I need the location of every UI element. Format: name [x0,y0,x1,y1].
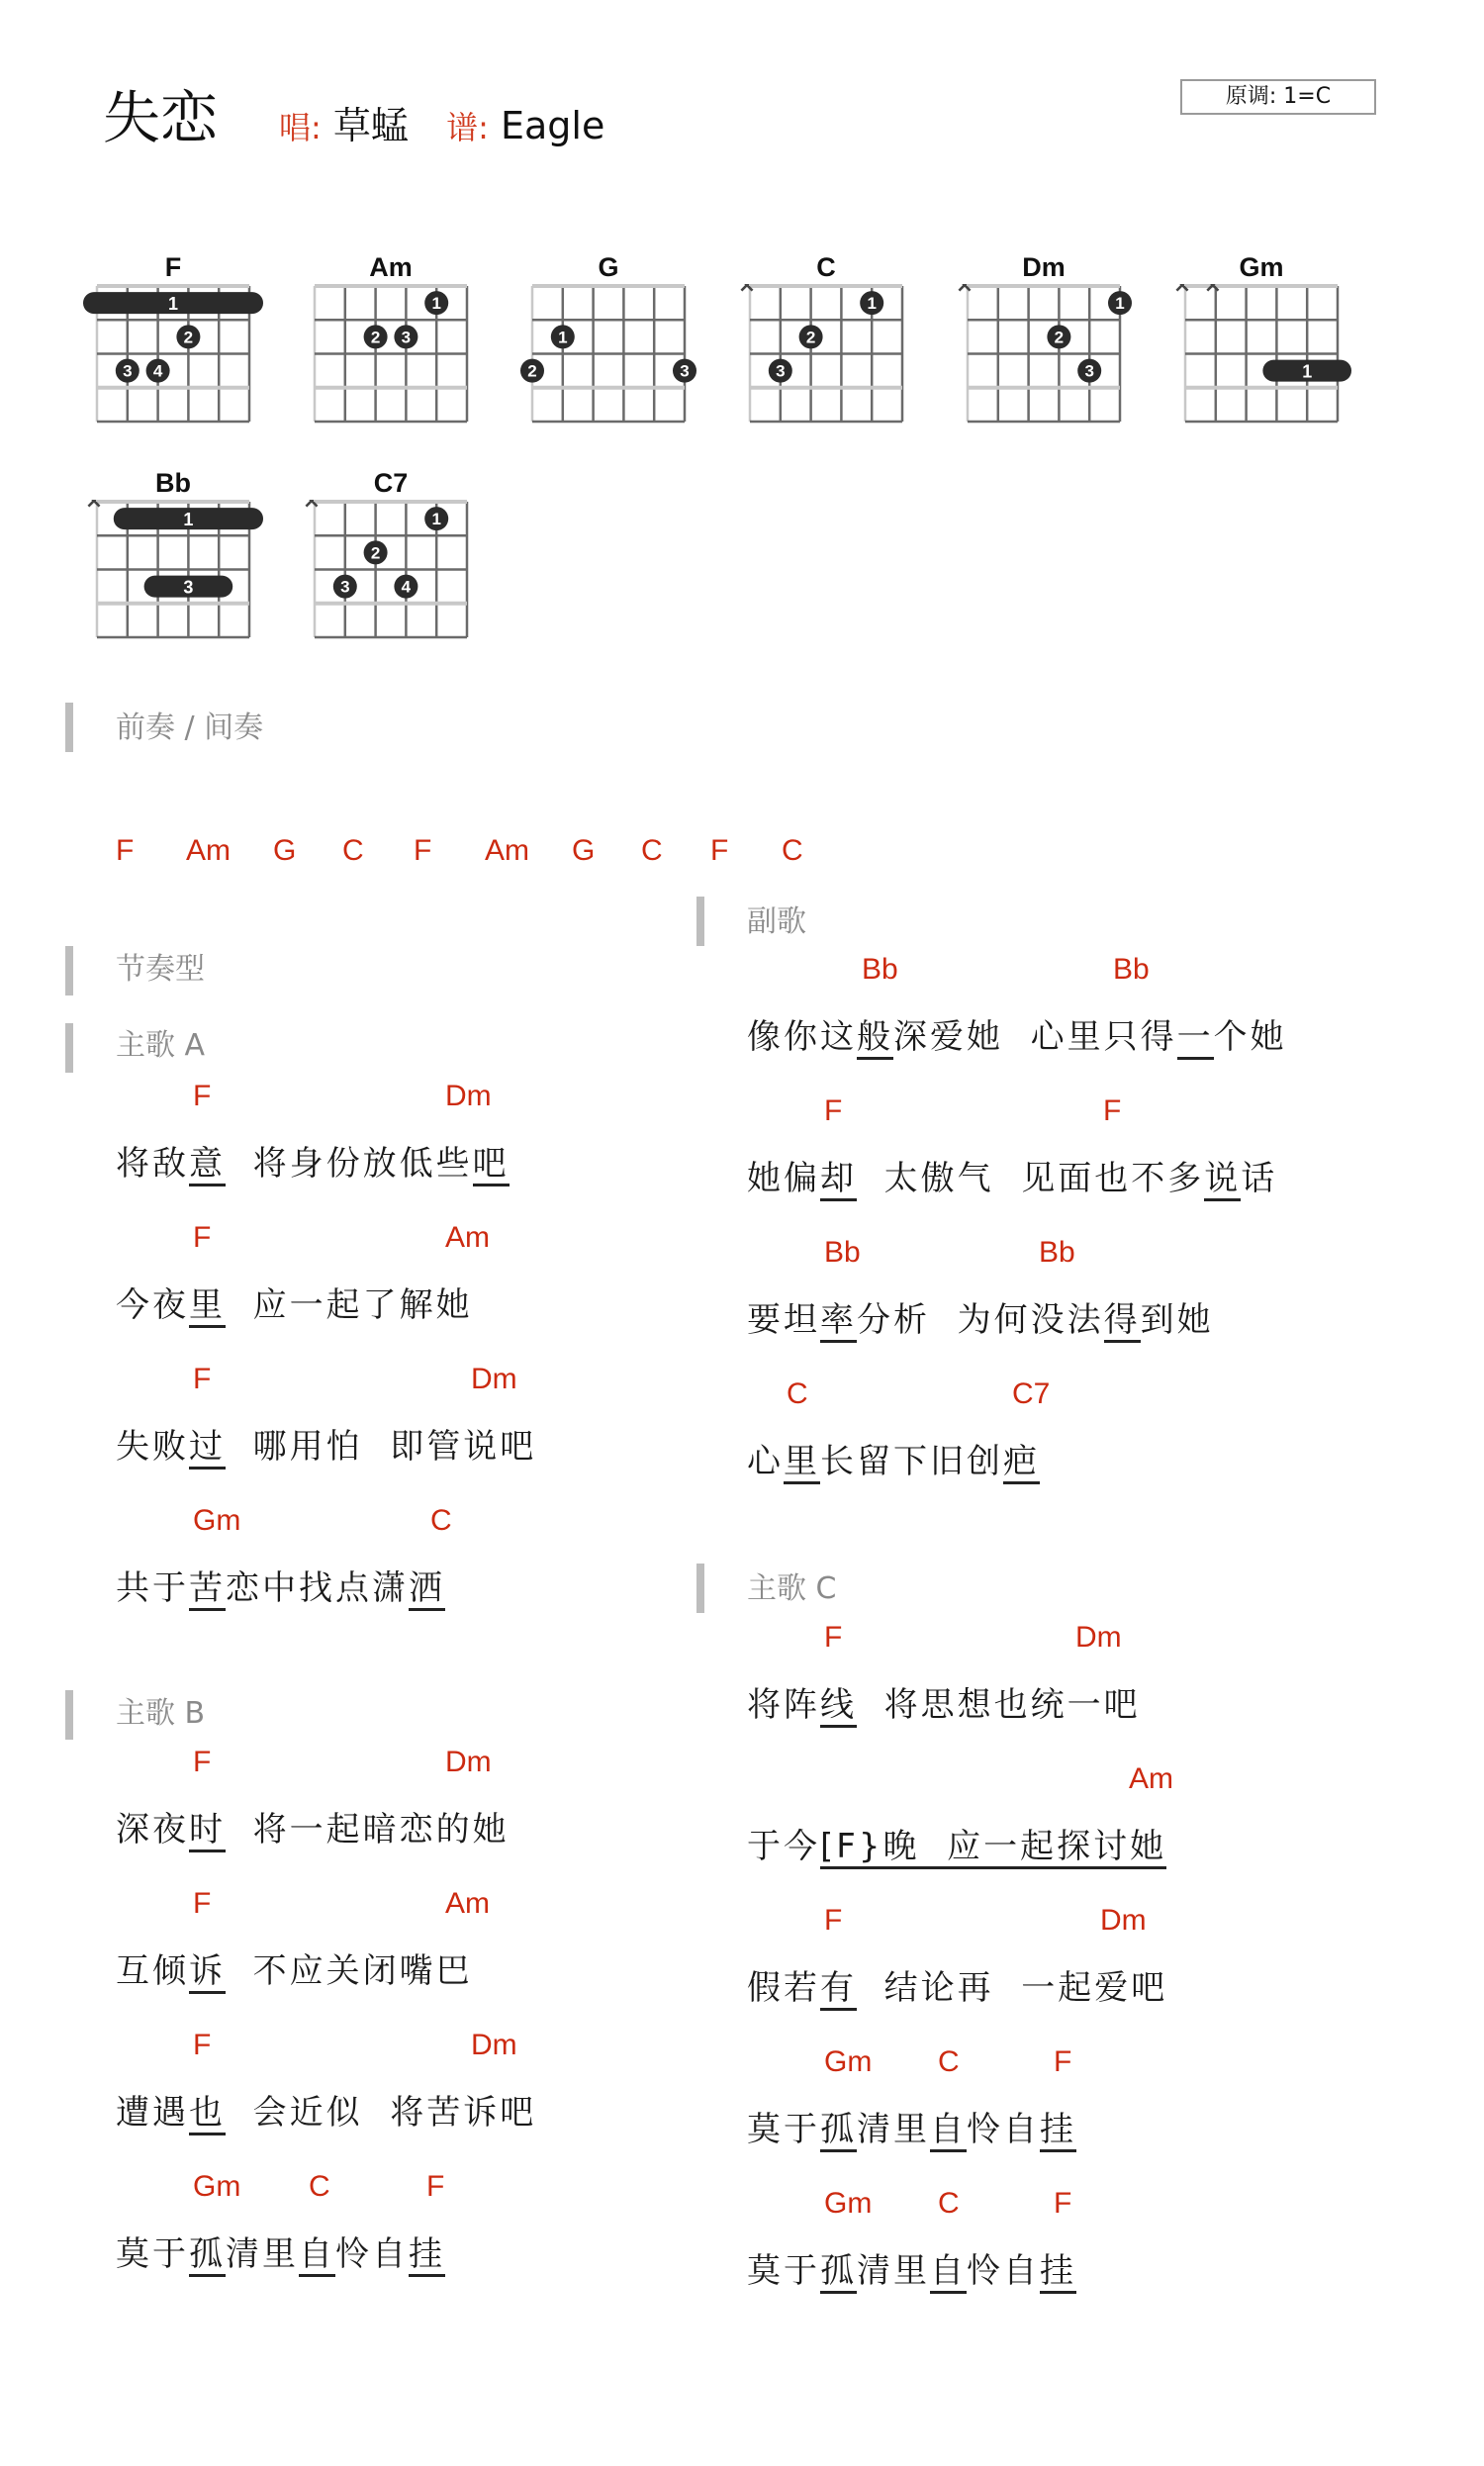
chord-label: F [193,1220,211,1256]
svg-text:2: 2 [371,328,380,346]
chord-diagram-name: C7 [292,468,490,498]
svg-text:2: 2 [371,543,380,562]
chord-label: F [193,2028,211,2063]
original-key-button[interactable]: 原调: 1=C [1180,79,1376,115]
chord-label: Gm [824,2186,872,2222]
chord-diagram-name: F [74,252,272,282]
section-bar [65,703,73,752]
intro-chord: F [116,833,134,869]
svg-text:1: 1 [558,328,567,346]
lyric-line: 失败过 哪用怕 即管说吧 [116,1425,536,1469]
chord-label: Gm [824,2044,872,2080]
chord-label: C [938,2186,960,2222]
svg-text:1: 1 [867,294,876,313]
section-bar [65,1690,73,1740]
chord-label: C [787,1376,808,1412]
chord-label: Bb [1039,1235,1075,1271]
svg-text:3: 3 [1084,362,1093,381]
intro-chord: F [414,833,431,869]
intro-chord: C [342,833,364,869]
chord-label: Gm [193,1503,240,1539]
chord-label: Gm [193,2169,240,2205]
chord-diagram-gm: Gm××1 [1162,252,1360,450]
svg-text:2: 2 [806,328,815,346]
chord-label: F [1103,1093,1121,1129]
svg-text:3: 3 [340,578,349,597]
chord-label: Bb [1113,952,1150,988]
svg-text:1: 1 [1115,294,1124,313]
lyric-line: 莫于孤清里自怜自挂 [747,2249,1076,2293]
song-title: 失恋 [103,83,218,152]
lyric-line: 于今[F}晚 应一起探讨她 [747,1825,1166,1868]
chord-diagram-f: F1234 [74,252,272,450]
svg-text:3: 3 [680,362,689,381]
chord-label: C [938,2044,960,2080]
chord-label: Dm [1100,1903,1147,1939]
arranger-label: 谱: [446,109,489,146]
svg-text:×: × [738,284,756,298]
fretboard-grid-icon: ××1 [1162,284,1360,432]
svg-text:1: 1 [183,510,193,529]
svg-text:4: 4 [402,578,412,597]
singer-label: 唱: [279,109,322,146]
svg-text:2: 2 [184,328,193,346]
chord-label: Am [445,1886,490,1922]
chord-diagram-name: Bb [74,468,272,498]
intro-chord: G [273,833,296,869]
svg-text:×: × [303,500,321,514]
fretboard-grid-icon: ×123 [945,284,1143,432]
lyric-line: 深夜时 将一起暗恋的她 [116,1808,510,1851]
intro-chord: F [710,833,728,869]
lyric-line: 将敌意 将身份放低些吧 [116,1142,510,1186]
lyric-line: 莫于孤清里自怜自挂 [747,2108,1076,2151]
svg-text:×: × [1204,284,1222,298]
chord-label: Dm [471,2028,517,2063]
svg-text:2: 2 [527,362,536,381]
svg-text:×: × [85,500,103,514]
chord-diagram-bb: Bb×13 [74,468,272,666]
lyric-line: 莫于孤清里自怜自挂 [116,2232,445,2276]
section-title-intro: 前奏 / 间奏 [116,709,263,748]
fretboard-grid-icon: ×123 [727,284,925,432]
chord-diagram-c7: C7×1234 [292,468,490,666]
lyric-line: 像你这般深爱她 心里只得一个她 [747,1015,1287,1059]
chord-label: Bb [862,952,898,988]
chord-label: F [193,1886,211,1922]
chord-diagram-name: Dm [945,252,1143,282]
lyric-line: 今夜里 应一起了解她 [116,1283,473,1327]
svg-text:1: 1 [1302,362,1312,382]
lyric-line: 互倾诉 不应关闭嘴巴 [116,1949,473,1993]
svg-text:3: 3 [402,328,411,346]
chord-label: Dm [445,1745,492,1780]
chord-label: C7 [1012,1376,1050,1412]
svg-text:1: 1 [431,294,440,313]
intro-chord: G [572,833,595,869]
svg-text:1: 1 [431,510,440,528]
chord-label: F [1054,2044,1071,2080]
svg-text:3: 3 [183,578,193,598]
arranger-name: Eagle [501,104,604,147]
section-bar [696,1564,704,1613]
chord-diagram-name: C [727,252,925,282]
section-title-verse-a: 主歌 A [116,1026,205,1066]
section-title-rhythm: 节奏型 [116,950,205,990]
svg-text:3: 3 [776,362,785,381]
chord-label: Am [445,1220,490,1256]
chord-label: F [193,1079,211,1114]
section-bar [696,897,704,946]
chord-label: Dm [471,1362,517,1397]
section-title-verse-c: 主歌 C [747,1569,836,1609]
lyric-line: 心里长留下旧创疤 [747,1440,1040,1483]
lyric-line: 要坦率分析 为何没法得到她 [747,1298,1214,1342]
chord-diagram-dm: Dm×123 [945,252,1143,450]
chord-label: Dm [1075,1620,1122,1656]
chord-label: Dm [445,1079,492,1114]
chord-diagram-am: Am123 [292,252,490,450]
fretboard-grid-icon: ×13 [74,500,272,648]
singer-name: 草蜢 [333,104,409,147]
chord-label: F [1054,2186,1071,2222]
chord-diagram-name: Am [292,252,490,282]
chord-label: F [193,1362,211,1397]
lyric-line: 假若有 结论再 一起爱吧 [747,1966,1167,2010]
chord-diagram-g: G123 [510,252,707,450]
chord-label: Bb [824,1235,861,1271]
chord-label: F [824,1093,842,1129]
chord-diagram-name: Gm [1162,252,1360,282]
lyric-line: 她偏却 太傲气 见面也不多说话 [747,1157,1277,1200]
section-title-verse-b: 主歌 B [116,1694,205,1734]
intro-chord: C [641,833,663,869]
chord-label: F [193,1745,211,1780]
fretboard-grid-icon: 1234 [74,284,272,432]
section-title-chorus: 副歌 [747,902,806,942]
chord-diagram-name: G [510,252,707,282]
intro-chord: C [782,833,803,869]
svg-text:1: 1 [168,294,178,314]
chord-label: Am [1129,1761,1173,1797]
svg-text:2: 2 [1055,328,1064,346]
chord-label: F [426,2169,444,2205]
lyric-line: 将阵线 将思想也统一吧 [747,1683,1141,1727]
section-bar [65,1023,73,1073]
chord-label: F [824,1903,842,1939]
chord-diagram-c: C×123 [727,252,925,450]
section-bar [65,946,73,996]
lyric-line: 遭遇也 会近似 将苦诉吧 [116,2091,536,2134]
svg-text:3: 3 [123,362,132,381]
lyric-line: 共于苦恋中找点潇洒 [116,1566,445,1610]
fretboard-grid-icon: ×1234 [292,500,490,648]
svg-text:×: × [1173,284,1191,298]
fretboard-grid-icon: 123 [510,284,707,432]
chord-label: C [309,2169,330,2205]
svg-text:4: 4 [153,362,163,381]
chord-label: C [430,1503,452,1539]
song-meta: 唱: 草蜢 谱: Eagle [279,103,604,150]
chord-label: F [824,1620,842,1656]
intro-chord: Am [485,833,529,869]
fretboard-grid-icon: 123 [292,284,490,432]
svg-text:×: × [956,284,974,298]
intro-chord: Am [186,833,231,869]
